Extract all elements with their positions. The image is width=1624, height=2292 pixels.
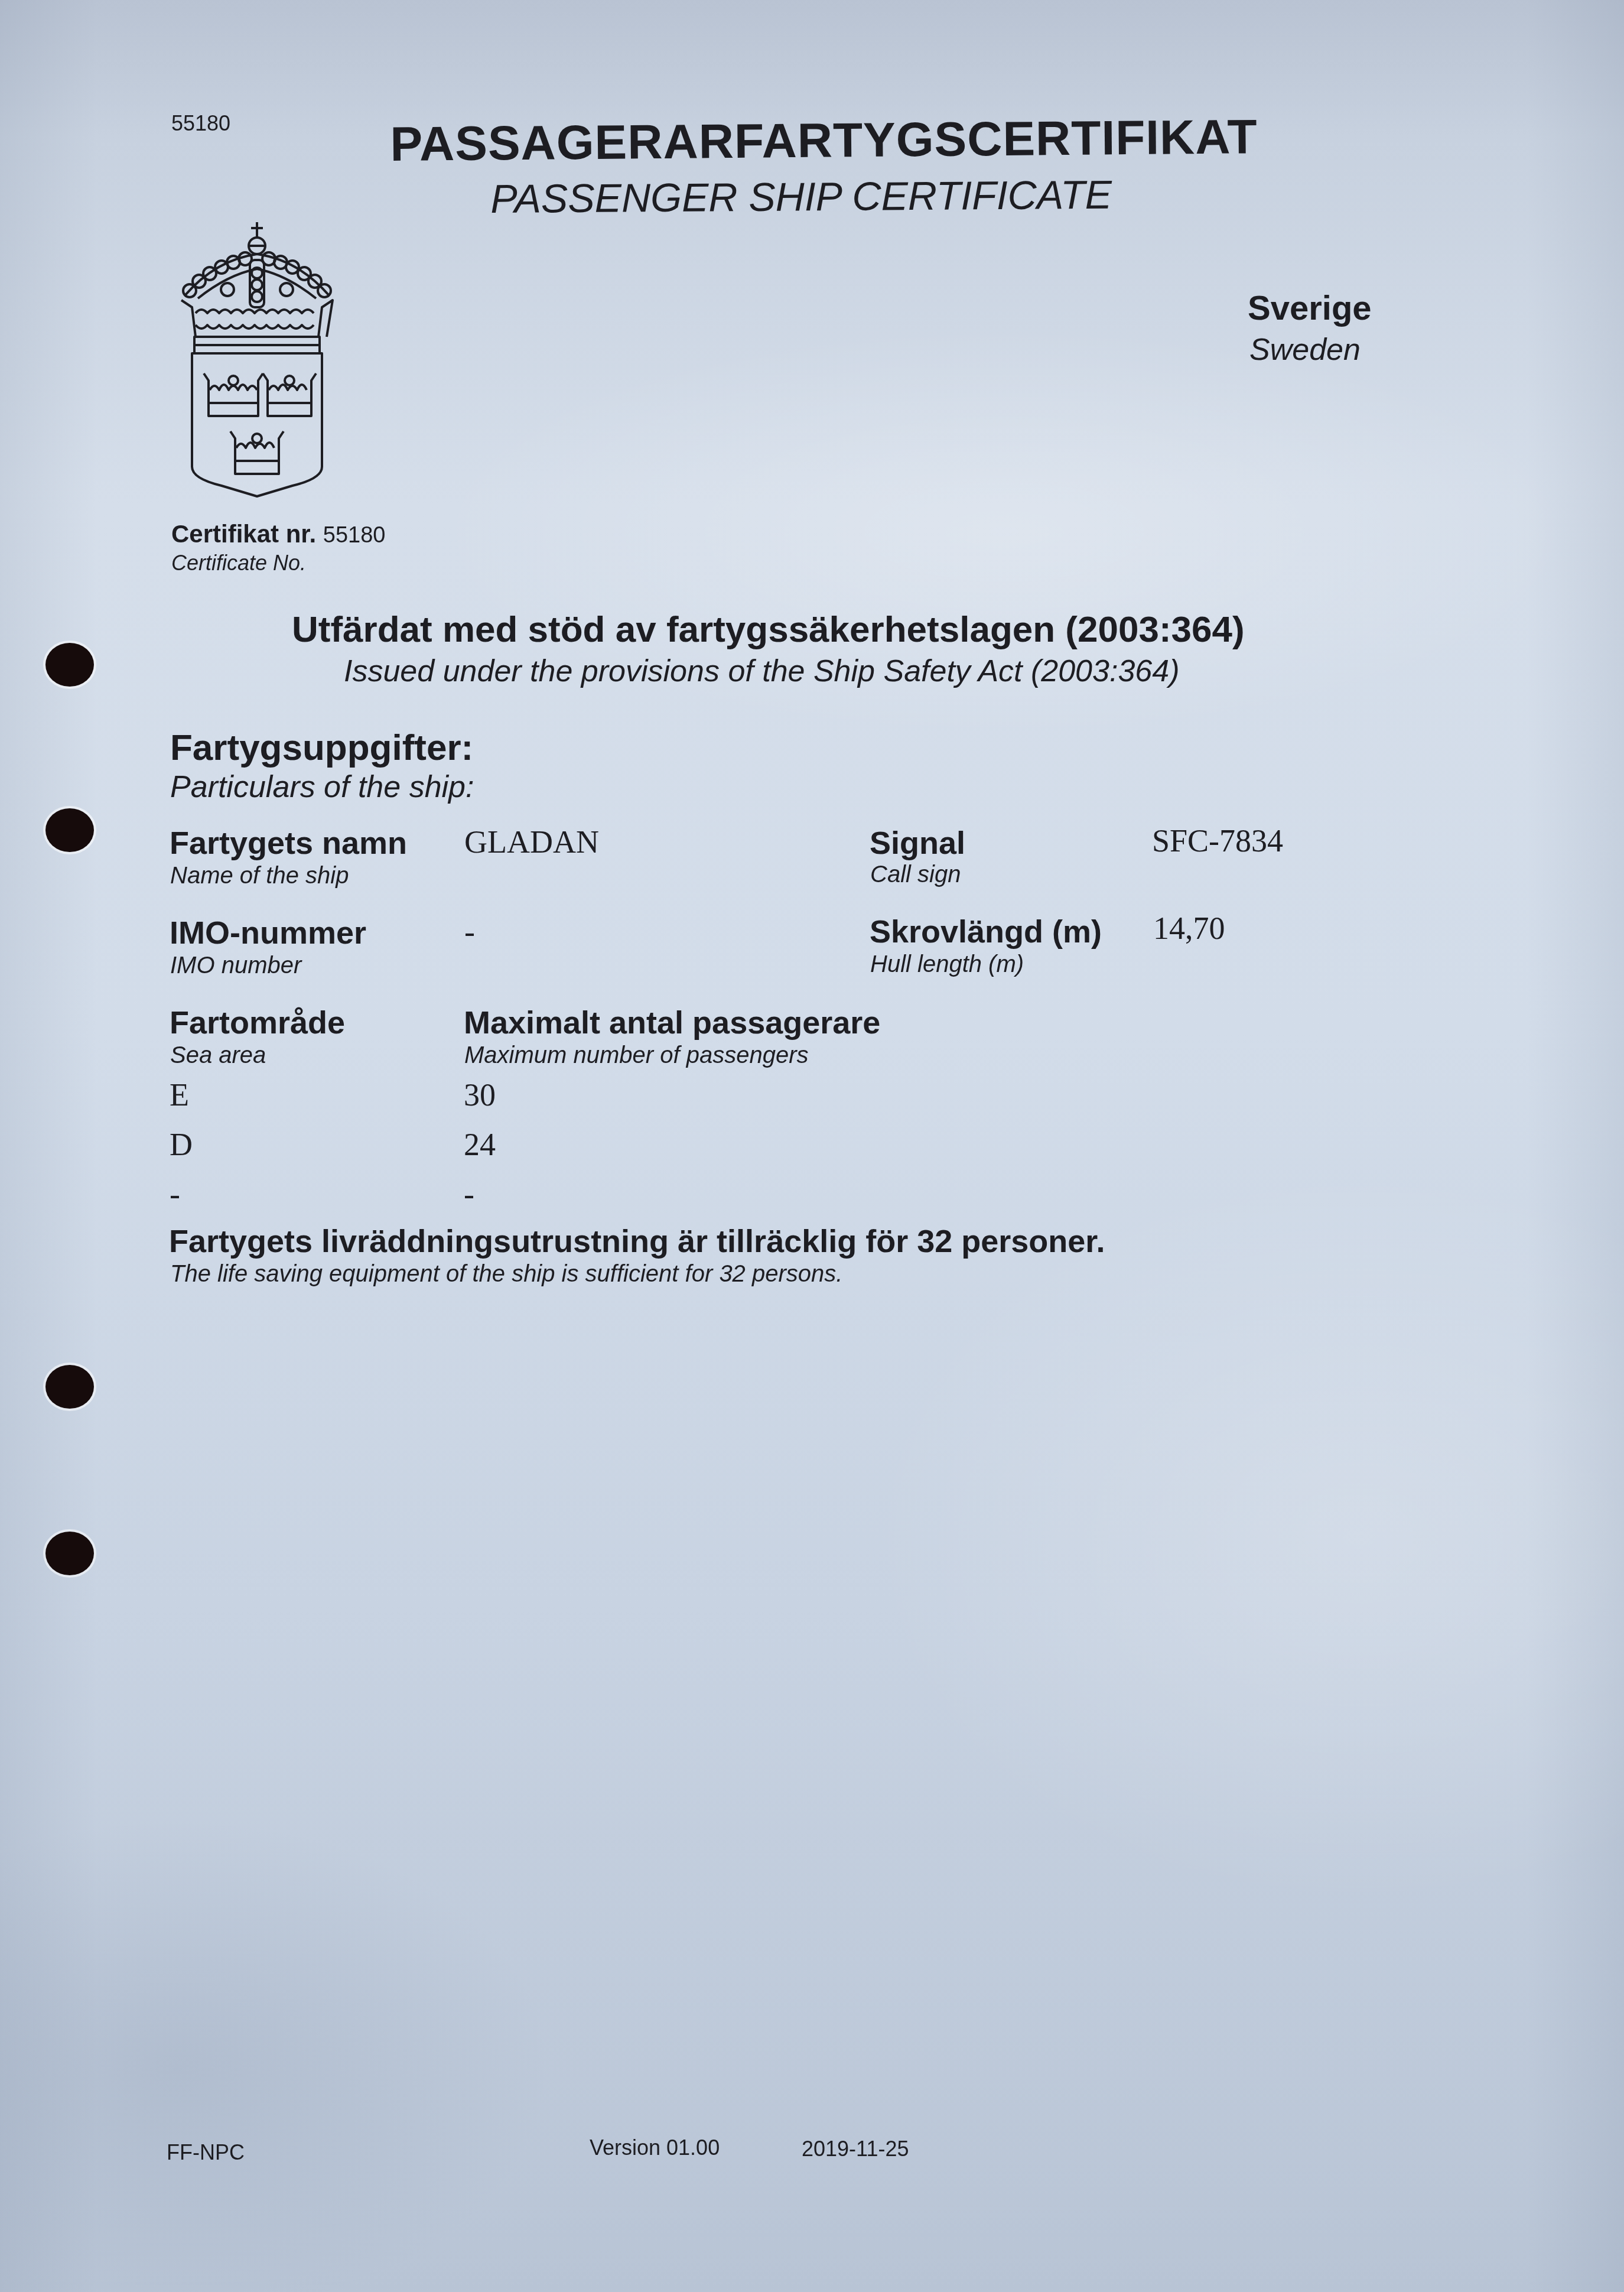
footer-date: 2019-11-25 [802, 2137, 909, 2161]
section-title-english: Particulars of the ship: [170, 769, 474, 805]
issuing-act-english: Issued under the provisions of the Ship … [344, 654, 1180, 689]
issuing-act-swedish: Utfärdat med stöd av fartygssäkerhetslag… [292, 609, 1245, 651]
ship-name-label: Fartygets namn [170, 825, 407, 861]
hull-length-label: Skrovlängd (m) [870, 913, 1102, 950]
punch-hole [45, 1532, 94, 1575]
hull-length-label-english: Hull length (m) [870, 951, 1024, 978]
certificate-number-label-english: Certificate No. [171, 551, 306, 576]
hull-length-value: 14,70 [1153, 910, 1225, 947]
table-row-max-passengers: 30 [464, 1077, 496, 1113]
punch-hole [45, 643, 94, 687]
imo-number-label: IMO-nummer [170, 915, 366, 951]
footer-version: Version 01.00 [590, 2135, 720, 2160]
country-swedish: Sverige [1248, 288, 1372, 328]
table-row-sea-area: E [170, 1077, 189, 1113]
ship-name-value: GLADAN [464, 824, 599, 860]
imo-number-value: - [464, 913, 475, 950]
table-row-sea-area: D [170, 1126, 193, 1163]
sea-area-header: Fartområde [170, 1004, 345, 1041]
certificate-number-value: 55180 [323, 523, 386, 548]
swedish-coat-of-arms-icon [174, 219, 340, 502]
call-sign-label: Signal [870, 825, 965, 861]
sea-area-header-english: Sea area [170, 1042, 266, 1069]
document-title-swedish: PASSAGERARFARTYGSCERTIFIKAT [390, 109, 1258, 173]
footer-form-code: FF-NPC [167, 2140, 245, 2165]
document-top-number: 55180 [171, 111, 230, 136]
punch-hole [45, 808, 94, 852]
call-sign-value: SFC-7834 [1152, 822, 1283, 859]
punch-hole [45, 1365, 94, 1409]
ship-name-label-english: Name of the ship [170, 863, 349, 889]
table-row-sea-area: - [170, 1176, 180, 1212]
call-sign-label-english: Call sign [870, 861, 961, 888]
table-row-max-passengers: 24 [464, 1126, 496, 1163]
country-english: Sweden [1249, 332, 1361, 368]
lifesaving-statement-english: The life saving equipment of the ship is… [170, 1261, 842, 1288]
section-title-swedish: Fartygsuppgifter: [170, 727, 473, 769]
table-row-max-passengers: - [464, 1176, 474, 1212]
lifesaving-statement: Fartygets livräddningsutrustning är till… [169, 1223, 1105, 1260]
document-title-english: PASSENGER SHIP CERTIFICATE [490, 172, 1112, 222]
certificate-number-label: Certifikat nr. 55180 [171, 520, 385, 548]
max-passengers-header-english: Maximum number of passengers [464, 1042, 808, 1069]
certificate-number-label-text: Certifikat nr. [171, 520, 316, 548]
imo-number-label-english: IMO number [170, 952, 301, 979]
max-passengers-header: Maximalt antal passagerare [464, 1004, 880, 1041]
